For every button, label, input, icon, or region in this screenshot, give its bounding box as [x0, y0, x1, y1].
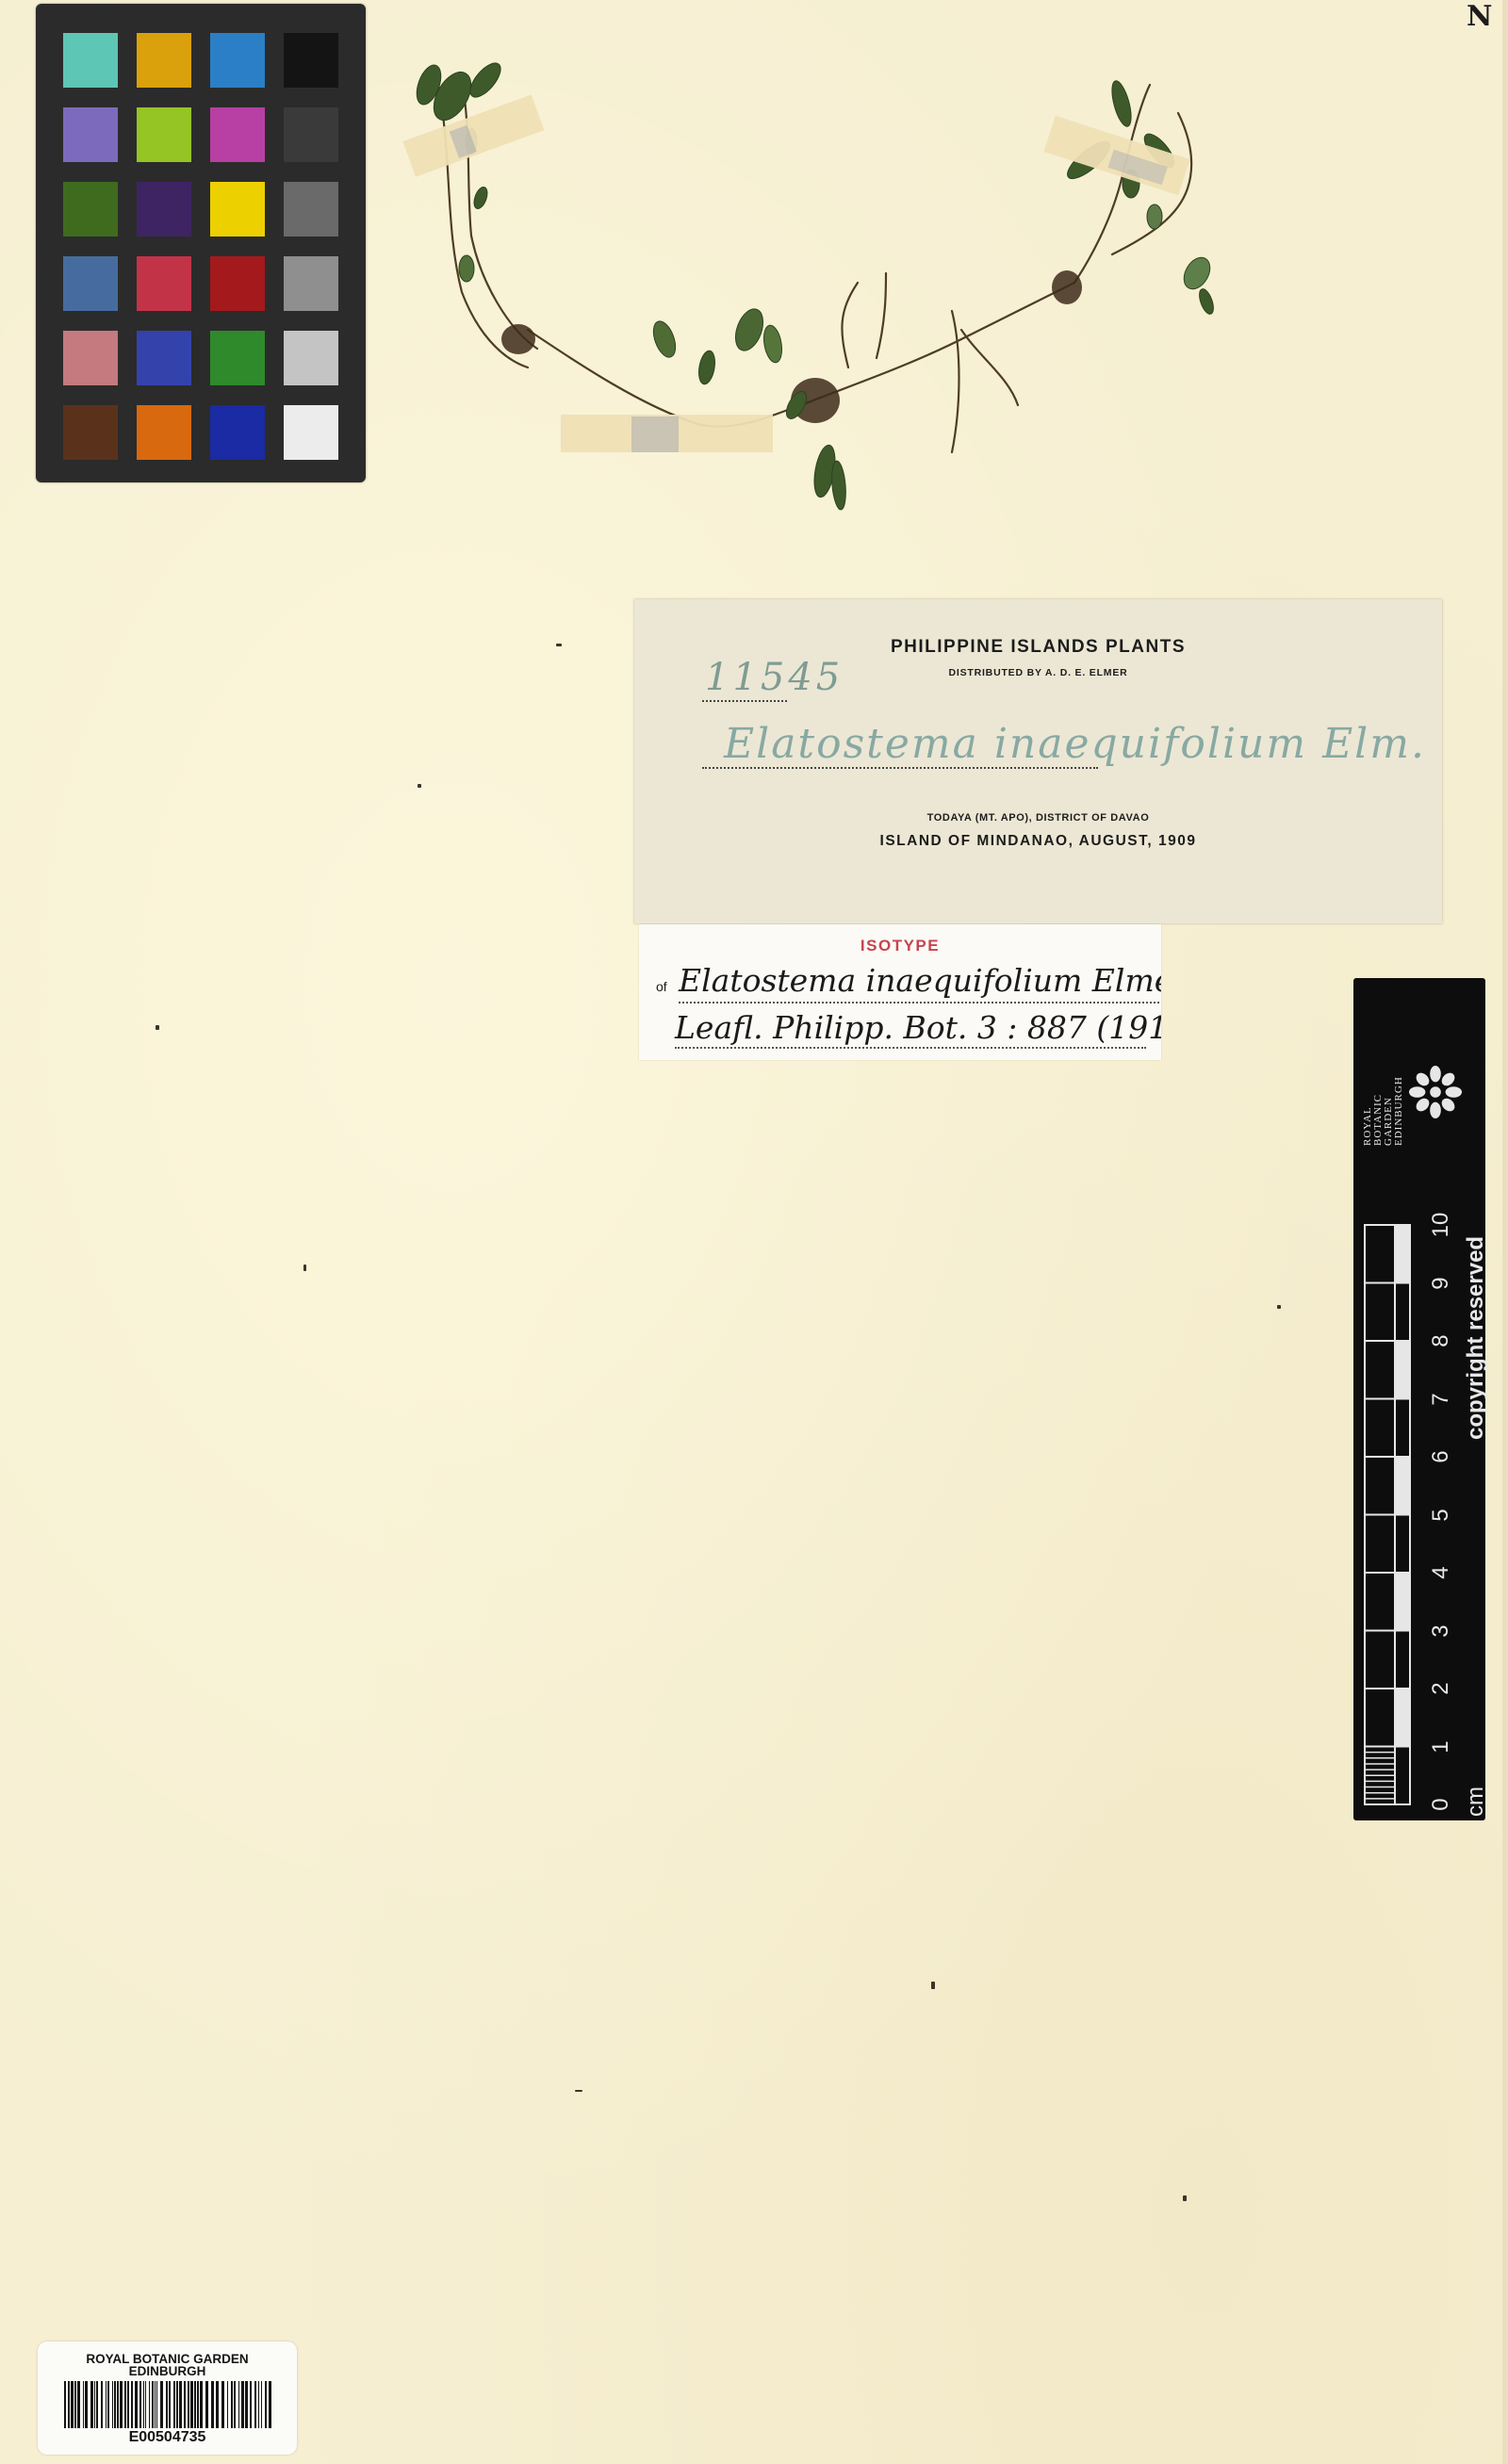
isotype-label: ISOTYPE of Elatostema inaequifolium Elme… [639, 924, 1161, 1060]
island-date: ISLAND OF MINDANAO, AUGUST, 1909 [634, 833, 1442, 850]
corner-mark: N [1467, 0, 1492, 33]
barcode-number: E00504735 [38, 2429, 297, 2446]
sheet-edge [1502, 0, 1508, 2464]
paper-speck [303, 1265, 306, 1271]
barcode-org-line2: EDINBURGH [38, 2365, 297, 2378]
color-swatch [137, 33, 191, 88]
ruler-tick-label: 7 [1428, 1385, 1454, 1413]
color-swatch [137, 182, 191, 237]
color-swatch [137, 405, 191, 460]
color-swatch [210, 182, 265, 237]
collector-label: PHILIPPINE ISLANDS PLANTS DISTRIBUTED BY… [634, 599, 1442, 923]
ruler-tick-label: 4 [1428, 1558, 1454, 1587]
color-swatch [63, 107, 118, 162]
ruler-scale-bar [1363, 978, 1421, 1820]
ruler-tick-label: 9 [1428, 1269, 1454, 1297]
color-swatch [284, 256, 338, 311]
color-swatch [210, 33, 265, 88]
ruler-tick-label: 5 [1428, 1501, 1454, 1529]
barcode-icon [64, 2381, 273, 2428]
color-swatch [210, 331, 265, 385]
ruler-unit: cm [1463, 1787, 1489, 1817]
paper-speck [1183, 2195, 1187, 2201]
paper-speck [1277, 1305, 1281, 1309]
isotype-name: Elatostema inaequifolium Elmer [679, 962, 1161, 999]
ruler-tick-label: 6 [1428, 1443, 1454, 1471]
color-calibration-chart [36, 4, 366, 482]
dotted-line [702, 767, 1098, 769]
ruler-tick-label: 3 [1428, 1617, 1454, 1645]
ruler-tick-label: 0 [1428, 1790, 1454, 1819]
color-swatch [284, 182, 338, 237]
color-swatch [210, 107, 265, 162]
color-swatch [210, 256, 265, 311]
copyright-text: copyright reserved [1463, 1236, 1489, 1440]
barcode-label: ROYAL BOTANIC GARDEN EDINBURGH E00504735 [38, 2342, 297, 2455]
color-swatch [63, 33, 118, 88]
label-title: PHILIPPINE ISLANDS PLANTS [634, 637, 1442, 658]
color-swatch [284, 405, 338, 460]
ruler-tick-label: 8 [1428, 1327, 1454, 1355]
paper-speck [156, 1025, 159, 1030]
paper-speck [418, 784, 421, 788]
ruler-tick-label: 2 [1428, 1674, 1454, 1703]
paper-speck [575, 2090, 582, 2092]
dotted-line [675, 1047, 1146, 1049]
color-swatch [63, 405, 118, 460]
isotype-title: ISOTYPE [639, 937, 1161, 955]
paper-speck [931, 1982, 935, 1989]
isotype-of: of [656, 979, 667, 994]
color-swatch [137, 107, 191, 162]
color-swatch [284, 331, 338, 385]
color-swatch [137, 256, 191, 311]
color-swatch [137, 331, 191, 385]
color-swatch [210, 405, 265, 460]
color-swatch [284, 107, 338, 162]
paper-speck [556, 644, 562, 646]
ruler-tick-label: 1 [1428, 1733, 1454, 1761]
color-swatch [284, 33, 338, 88]
isotype-citation: Leafl. Philipp. Bot. 3 : 887 (1910) [675, 1009, 1161, 1046]
ruler-tick-label: 10 [1428, 1211, 1454, 1239]
species-name: Elatostema inaequifolium Elm. [724, 720, 1426, 768]
dotted-line [679, 1002, 1159, 1004]
color-swatch [63, 256, 118, 311]
locality: TODAYA (MT. APO), DISTRICT OF DAVAO [634, 812, 1442, 824]
collection-number: 11545 [705, 656, 844, 699]
dotted-line [702, 700, 787, 702]
scale-ruler: ROYAL BOTANIC GARDEN EDINBURGH 012345678… [1353, 978, 1485, 1820]
color-swatch [63, 331, 118, 385]
color-swatch [63, 182, 118, 237]
plant-specimen [396, 47, 1319, 556]
